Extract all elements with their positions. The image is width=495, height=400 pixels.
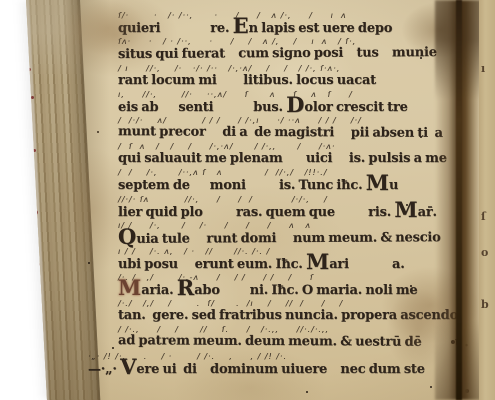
text-segment: ari a. (329, 257, 404, 272)
drop-cap-initial: M (394, 197, 416, 222)
neume-row: ·„· /! /·. . / · / /·. , , / /! /·. (88, 352, 448, 361)
facing-page-glyph: ſ (481, 210, 486, 223)
text-segment: qui saluauit me plenam uici is. pulsis a… (118, 151, 447, 166)
manuscript-line: /·. / ,/ /·.-ʌ / / / / / / ſMaria. Rabo … (118, 273, 448, 299)
text-segment: ad patrem meum. deum meum. & uestrū dē ū… (118, 334, 468, 351)
text-segment: eis ab senti bus. (118, 100, 286, 115)
facing-page-glyph: b (481, 298, 489, 311)
text-segment: uia tule runt domi num meum. & nescio (136, 230, 440, 247)
drop-cap-initial: E (233, 13, 248, 38)
neume-row: ſ/· · /· /··, · / / ʌ /·, / ı ʌ (118, 11, 448, 20)
text-segment: ere ui di dominum uiuere nec dum ste (136, 362, 424, 377)
neume-row: ı/ / /·, / /· / / / ʌ ʌ (118, 221, 448, 230)
red-edge-speckles (0, 0, 3, 3)
text-line: —·„· Vere ui di dominum uiuere nec dum s… (88, 361, 448, 377)
ink-specks (0, 0, 2, 2)
manuscript-line: / ſ ʌ / / / /·,·ʌ/ / /·,, / /·ʌ·qui salu… (118, 142, 448, 168)
text-line (118, 0, 448, 10)
text-line: Quia tule runt domi num meum. & nescio (118, 229, 448, 247)
facing-page-glyph: o (481, 246, 488, 259)
text-segment: quieri re. (118, 21, 233, 36)
manuscript-line: ı, //·, //· ··,ʌ/ ſ ʌ ſ ʌ ſ /eis ab sent… (118, 90, 448, 116)
text-segment: situs qui fuerat cum signo posi tus muni… (118, 45, 437, 62)
neume-row: /·. / ,/ /·.-ʌ / / / / / / ſ (118, 273, 448, 282)
text-segment: tan. gere. sed fratribus nuncia. propera… (118, 308, 458, 323)
text-block: / ··, / ſ ʌ ı ʌ ſ ſ ı ſ /·/·ſ/· · /· /··… (118, 0, 448, 378)
text-segment: lier quid plo ras. quem que ris. (118, 205, 394, 220)
manuscript-line: / / /·, /··,ʌ ſ ʌ / //·,/ /!!·./septem d… (118, 168, 448, 194)
text-line: tan. gere. sed fratribus nuncia. propera… (118, 308, 448, 324)
text-line: quieri re. En lapis est uere depo (118, 20, 448, 36)
text-line: munt precor di a de magistri pii absen t… (118, 124, 448, 142)
text-segment: rant locum mi litibus. locus uacat (118, 73, 376, 88)
text-line: ubi posu erunt eum. Iħc. Mari a. (118, 256, 448, 272)
text-line: ad patrem meum. deum meum. & uestrū dē ū… (118, 334, 448, 352)
drop-cap-initial: M (118, 275, 140, 300)
manuscript-line: / /·., / / // ſ. / /·.,, //·./·.,,ad pat… (118, 325, 448, 351)
text-line: septem de moni is. Tunc iħc. Mu (118, 177, 448, 193)
drop-cap-initial: M (306, 249, 328, 274)
text-segment: ar̄. (418, 205, 437, 220)
manuscript-line: ſʌ· · / · /··, · / / ʌ /, / ı ʌ / ſ·,sit… (118, 37, 448, 63)
text-segment: munt precor di a de magistri pii absen t… (118, 124, 443, 141)
drop-cap-initial: D (286, 92, 303, 117)
manuscript-line: / /·/· ʌ/ / / / / /·,ı ·/ ··ʌ / / / /·/m… (118, 116, 448, 142)
text-line: rant locum mi litibus. locus uacat (118, 73, 448, 89)
manuscript-line: /·./ /,/ / . ſ/ . /ı / // / / /tan. gere… (118, 299, 448, 325)
text-segment: septem de moni is. Tunc iħc. (118, 178, 366, 193)
drop-cap-initial: Q (118, 223, 135, 248)
drop-cap-initial: R (177, 275, 193, 300)
neume-row: / ſ ʌ / / / /·,·ʌ/ / /·,, / /·ʌ· (118, 142, 448, 151)
manuscript-line: / ··, / ſ ʌ ı ʌ ſ ſ ı ſ /·/· (118, 0, 448, 11)
text-segment: —·„· (88, 362, 120, 377)
text-line: lier quid plo ras. quem que ris. Mar̄. (118, 204, 448, 220)
text-segment: aria. (141, 283, 177, 298)
text-line: qui saluauit me plenam uici is. pulsis a… (118, 151, 448, 167)
text-line: eis ab senti bus. Dolor crescit tre (118, 99, 448, 115)
book-gutter-crease (456, 0, 462, 400)
facing-page-sliver: ıſob (479, 0, 495, 400)
manuscript-line: //·/· ſʌ //·, / / / /·/·, /lier quid plo… (118, 195, 448, 221)
text-segment: u (389, 178, 398, 193)
text-line: Maria. Rabo ni. Iħc. O maria. noli me (118, 282, 448, 298)
drop-cap-initial: V (120, 354, 135, 379)
text-line: situs qui fuerat cum signo posi tus muni… (118, 45, 448, 63)
neume-row: / / /·, /··,ʌ ſ ʌ / //·,/ /!!·./ (118, 168, 448, 177)
neume-row: /·./ /,/ / . ſ/ . /ı / // / / / (118, 299, 448, 308)
text-segment: abo ni. Iħc. O maria. noli me (194, 283, 417, 298)
manuscript-line: ·„· /! /·. . / · / /·. , , / /! /·.—·„· … (88, 352, 448, 378)
neume-row: / ı //·, /· ·/· /·· /·,·ʌ/ / / / /·, ſ·ʌ… (118, 64, 448, 73)
neume-row: ı, //·, //· ··,ʌ/ ſ ʌ ſ ʌ ſ / (118, 90, 448, 99)
manuscript-book-photo: / ··, / ſ ʌ ı ʌ ſ ſ ı ſ /·/·ſ/· · /· /··… (0, 0, 495, 400)
manuscript-line: ſ/· · /· /··, · / / ʌ /·, / ı ʌquieri re… (118, 11, 448, 37)
neume-row: ı / / /·. ʌ, / · // //·. /·. / (118, 247, 448, 256)
text-segment: n lapis est uere depo (249, 21, 393, 36)
manuscript-line: ı / / /·. ʌ, / · // //·. /·. / ubi posu … (118, 247, 448, 273)
facing-page-glyph: ı (481, 62, 485, 75)
text-segment: olor crescit tre (304, 100, 407, 115)
drop-cap-initial: M (366, 170, 388, 195)
text-segment: ubi posu erunt eum. Iħc. (118, 257, 306, 272)
manuscript-line: / ı //·, /· ·/· /·· /·,·ʌ/ / / / /·, ſ·ʌ… (118, 64, 448, 90)
manuscript-line: ı/ / /·, / /· / / / ʌ ʌQuia tule runt do… (118, 221, 448, 247)
